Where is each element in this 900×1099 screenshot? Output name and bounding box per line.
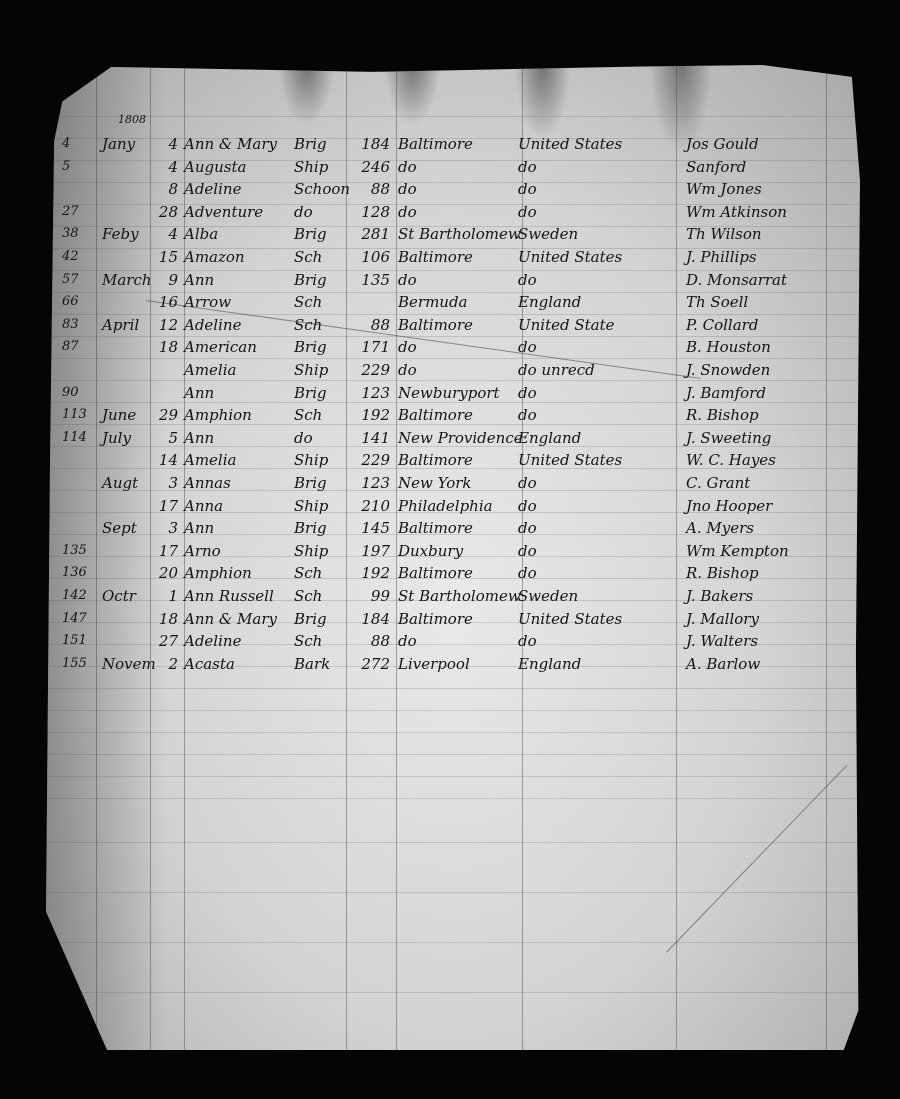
- rig-type-cell: Sch: [294, 562, 354, 584]
- rig-type-cell: Sch: [294, 585, 354, 607]
- master-name-cell: Th Soell: [686, 291, 856, 313]
- month-cell: Sept: [102, 517, 152, 539]
- day-cell: 3: [158, 517, 178, 539]
- rig-type-cell: Sch: [294, 404, 354, 426]
- nation-cell: do: [518, 517, 668, 539]
- port-of-departure-cell: Baltimore: [398, 608, 528, 630]
- table-row: 4215AmazonSch106BaltimoreUnited StatesJ.…: [46, 246, 860, 268]
- table-row: 14718Ann & MaryBrig184BaltimoreUnited St…: [46, 608, 860, 630]
- month-cell: July: [102, 427, 152, 449]
- day-cell: 18: [158, 608, 178, 630]
- tonnage-cell: 135: [350, 269, 390, 291]
- rig-type-cell: Sch: [294, 630, 354, 652]
- tonnage-cell: 145: [350, 517, 390, 539]
- day-cell: 4: [158, 223, 178, 245]
- master-name-cell: J. Bakers: [686, 585, 856, 607]
- port-of-departure-cell: do: [398, 269, 528, 291]
- month-cell: Jany: [102, 133, 152, 155]
- rig-type-cell: Brig: [294, 382, 354, 404]
- tonnage-cell: 184: [350, 133, 390, 155]
- month-cell: March: [102, 269, 152, 291]
- nation-cell: do: [518, 336, 668, 358]
- table-row: 113June29AmphionSch192BaltimoredoR. Bish…: [46, 404, 860, 426]
- row-rule: [46, 688, 860, 689]
- tonnage-cell: 192: [350, 562, 390, 584]
- port-of-departure-cell: Baltimore: [398, 246, 528, 268]
- rig-type-cell: Brig: [294, 608, 354, 630]
- tonnage-cell: 123: [350, 472, 390, 494]
- day-cell: 28: [158, 201, 178, 223]
- rig-type-cell: Ship: [294, 156, 354, 178]
- entry-number-cell: 155: [62, 653, 100, 675]
- day-cell: 29: [158, 404, 178, 426]
- port-of-departure-cell: Baltimore: [398, 404, 528, 426]
- rig-type-cell: Sch: [294, 246, 354, 268]
- port-of-departure-cell: do: [398, 178, 528, 200]
- table-row: 83April12AdelineSch88BaltimoreUnited Sta…: [46, 314, 860, 336]
- nation-cell: do: [518, 495, 668, 517]
- month-cell: Octr: [102, 585, 152, 607]
- master-name-cell: Wm Atkinson: [686, 201, 856, 223]
- row-rule: [46, 116, 860, 117]
- entry-number-cell: 142: [62, 585, 100, 607]
- table-row: 17AnnaShip210PhiladelphiadoJno Hooper: [46, 495, 860, 517]
- master-name-cell: J. Walters: [686, 630, 856, 652]
- row-rule: [46, 942, 860, 943]
- nation-cell: England: [518, 653, 668, 675]
- nation-cell: do: [518, 562, 668, 584]
- tonnage-cell: 229: [350, 359, 390, 381]
- table-row: 2728Adventuredo128dodoWm Atkinson: [46, 201, 860, 223]
- nation-cell: do: [518, 404, 668, 426]
- nation-cell: do unrecd: [518, 359, 668, 381]
- rig-type-cell: do: [294, 201, 354, 223]
- master-name-cell: J. Bamford: [686, 382, 856, 404]
- master-name-cell: Wm Jones: [686, 178, 856, 200]
- entry-number-cell: 113: [62, 404, 100, 426]
- nation-cell: do: [518, 382, 668, 404]
- nation-cell: United States: [518, 133, 668, 155]
- row-rule: [46, 710, 860, 711]
- strike-line: [666, 765, 847, 953]
- port-of-departure-cell: Baltimore: [398, 449, 528, 471]
- entry-number-cell: 151: [62, 630, 100, 652]
- row-rule: [46, 992, 860, 993]
- tonnage-cell: 88: [350, 314, 390, 336]
- entry-number-cell: 90: [62, 382, 100, 404]
- nation-cell: England: [518, 291, 668, 313]
- tonnage-cell: 171: [350, 336, 390, 358]
- table-row: 114July5Anndo141New ProvidenceEnglandJ. …: [46, 427, 860, 449]
- master-name-cell: Wm Kempton: [686, 540, 856, 562]
- table-row: Augt3AnnasBrig123New YorkdoC. Grant: [46, 472, 860, 494]
- tonnage-cell: 88: [350, 178, 390, 200]
- day-cell: 5: [158, 427, 178, 449]
- day-cell: 1: [158, 585, 178, 607]
- month-cell: Feby: [102, 223, 152, 245]
- table-row: 8718AmericanBrig171dodoB. Houston: [46, 336, 860, 358]
- entry-number-cell: 114: [62, 427, 100, 449]
- tonnage-cell: 99: [350, 585, 390, 607]
- tonnage-cell: 197: [350, 540, 390, 562]
- tonnage-cell: 210: [350, 495, 390, 517]
- rig-type-cell: do: [294, 427, 354, 449]
- table-row: 142Octr1Ann RussellSch99St BartholomewSw…: [46, 585, 860, 607]
- nation-cell: United States: [518, 608, 668, 630]
- tonnage-cell: 246: [350, 156, 390, 178]
- rig-type-cell: Brig: [294, 517, 354, 539]
- rig-type-cell: Ship: [294, 540, 354, 562]
- day-cell: 12: [158, 314, 178, 336]
- master-name-cell: Th Wilson: [686, 223, 856, 245]
- day-cell: 14: [158, 449, 178, 471]
- master-name-cell: R. Bishop: [686, 562, 856, 584]
- table-row: 4Jany4Ann & MaryBrig184BaltimoreUnited S…: [46, 133, 860, 155]
- rig-type-cell: Brig: [294, 336, 354, 358]
- tonnage-cell: 141: [350, 427, 390, 449]
- master-name-cell: J. Sweeting: [686, 427, 856, 449]
- table-row: 15127AdelineSch88dodoJ. Walters: [46, 630, 860, 652]
- day-cell: 2: [158, 653, 178, 675]
- master-name-cell: D. Monsarrat: [686, 269, 856, 291]
- row-rule: [46, 798, 860, 799]
- table-row: 14AmeliaShip229BaltimoreUnited StatesW. …: [46, 449, 860, 471]
- port-of-departure-cell: do: [398, 201, 528, 223]
- rig-type-cell: Ship: [294, 495, 354, 517]
- entry-number-cell: 66: [62, 291, 100, 313]
- day-cell: 16: [158, 291, 178, 313]
- day-cell: 3: [158, 472, 178, 494]
- table-row: 13620AmphionSch192BaltimoredoR. Bishop: [46, 562, 860, 584]
- port-of-departure-cell: Baltimore: [398, 562, 528, 584]
- day-cell: 4: [158, 156, 178, 178]
- master-name-cell: Jos Gould: [686, 133, 856, 155]
- master-name-cell: P. Collard: [686, 314, 856, 336]
- rig-type-cell: Brig: [294, 269, 354, 291]
- entry-number-cell: 87: [62, 336, 100, 358]
- master-name-cell: Jno Hooper: [686, 495, 856, 517]
- entry-number-cell: 147: [62, 608, 100, 630]
- entry-number-cell: 42: [62, 246, 100, 268]
- nation-cell: do: [518, 269, 668, 291]
- day-cell: 18: [158, 336, 178, 358]
- master-name-cell: A. Myers: [686, 517, 856, 539]
- master-name-cell: J. Phillips: [686, 246, 856, 268]
- entry-number-cell: 135: [62, 540, 100, 562]
- master-name-cell: J. Mallory: [686, 608, 856, 630]
- month-cell: Novem: [102, 653, 152, 675]
- rig-type-cell: Sch: [294, 291, 354, 313]
- tonnage-cell: 184: [350, 608, 390, 630]
- entry-number-cell: 136: [62, 562, 100, 584]
- nation-cell: United States: [518, 449, 668, 471]
- port-of-departure-cell: Liverpool: [398, 653, 528, 675]
- master-name-cell: Sanford: [686, 156, 856, 178]
- tonnage-cell: 281: [350, 223, 390, 245]
- row-rule: [46, 892, 860, 893]
- day-cell: 20: [158, 562, 178, 584]
- rig-type-cell: Bark: [294, 653, 354, 675]
- port-of-departure-cell: St Bartholomew: [398, 585, 528, 607]
- table-row: AmeliaShip229dodo unrecdJ. Snowden: [46, 359, 860, 381]
- table-row: 54AugustaShip246dodoSanford: [46, 156, 860, 178]
- table-row: 6616ArrowSchBermudaEnglandTh Soell: [46, 291, 860, 313]
- rig-type-cell: Ship: [294, 359, 354, 381]
- day-cell: 27: [158, 630, 178, 652]
- port-of-departure-cell: do: [398, 336, 528, 358]
- month-cell: June: [102, 404, 152, 426]
- day-cell: 17: [158, 540, 178, 562]
- day-cell: 4: [158, 133, 178, 155]
- master-name-cell: W. C. Hayes: [686, 449, 856, 471]
- entry-number-cell: 27: [62, 201, 100, 223]
- port-of-departure-cell: do: [398, 156, 528, 178]
- nation-cell: do: [518, 630, 668, 652]
- day-cell: 17: [158, 495, 178, 517]
- port-of-departure-cell: New York: [398, 472, 528, 494]
- port-of-departure-cell: Baltimore: [398, 517, 528, 539]
- rig-type-cell: Brig: [294, 133, 354, 155]
- table-row: 8AdelineSchoon88dodoWm Jones: [46, 178, 860, 200]
- nation-cell: do: [518, 540, 668, 562]
- rig-type-cell: Schoon: [294, 178, 354, 200]
- table-row: 90AnnBrig123NewburyportdoJ. Bamford: [46, 382, 860, 404]
- port-of-departure-cell: New Providence: [398, 427, 528, 449]
- nation-cell: Sweden: [518, 223, 668, 245]
- table-row: Sept3AnnBrig145BaltimoredoA. Myers: [46, 517, 860, 539]
- tonnage-cell: 272: [350, 653, 390, 675]
- nation-cell: Sweden: [518, 585, 668, 607]
- master-name-cell: J. Snowden: [686, 359, 856, 381]
- nation-cell: do: [518, 201, 668, 223]
- row-rule: [46, 732, 860, 733]
- port-of-departure-cell: Duxbury: [398, 540, 528, 562]
- row-rule: [46, 754, 860, 755]
- rig-type-cell: Brig: [294, 223, 354, 245]
- day-cell: 15: [158, 246, 178, 268]
- entry-number-cell: 83: [62, 314, 100, 336]
- tonnage-cell: 192: [350, 404, 390, 426]
- tonnage-cell: 106: [350, 246, 390, 268]
- port-of-departure-cell: St Bartholomew: [398, 223, 528, 245]
- port-of-departure-cell: Bermuda: [398, 291, 528, 313]
- rig-type-cell: Brig: [294, 472, 354, 494]
- nation-cell: United States: [518, 246, 668, 268]
- port-of-departure-cell: Baltimore: [398, 133, 528, 155]
- master-name-cell: C. Grant: [686, 472, 856, 494]
- year-heading: 1808: [118, 113, 146, 126]
- month-cell: April: [102, 314, 152, 336]
- day-cell: 9: [158, 269, 178, 291]
- port-of-departure-cell: Philadelphia: [398, 495, 528, 517]
- entry-number-cell: 4: [62, 133, 100, 155]
- table-row: 13517ArnoShip197DuxburydoWm Kempton: [46, 540, 860, 562]
- tonnage-cell: 128: [350, 201, 390, 223]
- nation-cell: do: [518, 472, 668, 494]
- master-name-cell: R. Bishop: [686, 404, 856, 426]
- rig-type-cell: Sch: [294, 314, 354, 336]
- row-rule: [46, 776, 860, 777]
- table-row: 38Feby4AlbaBrig281St BartholomewSwedenTh…: [46, 223, 860, 245]
- table-row: 57March9AnnBrig135dodoD. Monsarrat: [46, 269, 860, 291]
- month-cell: Augt: [102, 472, 152, 494]
- nation-cell: do: [518, 156, 668, 178]
- entry-number-cell: 57: [62, 269, 100, 291]
- rig-type-cell: Ship: [294, 449, 354, 471]
- port-of-departure-cell: Newburyport: [398, 382, 528, 404]
- master-name-cell: B. Houston: [686, 336, 856, 358]
- tonnage-cell: 229: [350, 449, 390, 471]
- day-cell: 8: [158, 178, 178, 200]
- table-row: 155Novem2AcastaBark272LiverpoolEnglandA.…: [46, 653, 860, 675]
- row-rule: [46, 842, 860, 843]
- entry-number-cell: 38: [62, 223, 100, 245]
- port-of-departure-cell: do: [398, 630, 528, 652]
- port-of-departure-cell: Baltimore: [398, 314, 528, 336]
- nation-cell: United State: [518, 314, 668, 336]
- tonnage-cell: 88: [350, 630, 390, 652]
- master-name-cell: A. Barlow: [686, 653, 856, 675]
- nation-cell: do: [518, 178, 668, 200]
- nation-cell: England: [518, 427, 668, 449]
- tonnage-cell: 123: [350, 382, 390, 404]
- port-of-departure-cell: do: [398, 359, 528, 381]
- entry-number-cell: 5: [62, 156, 100, 178]
